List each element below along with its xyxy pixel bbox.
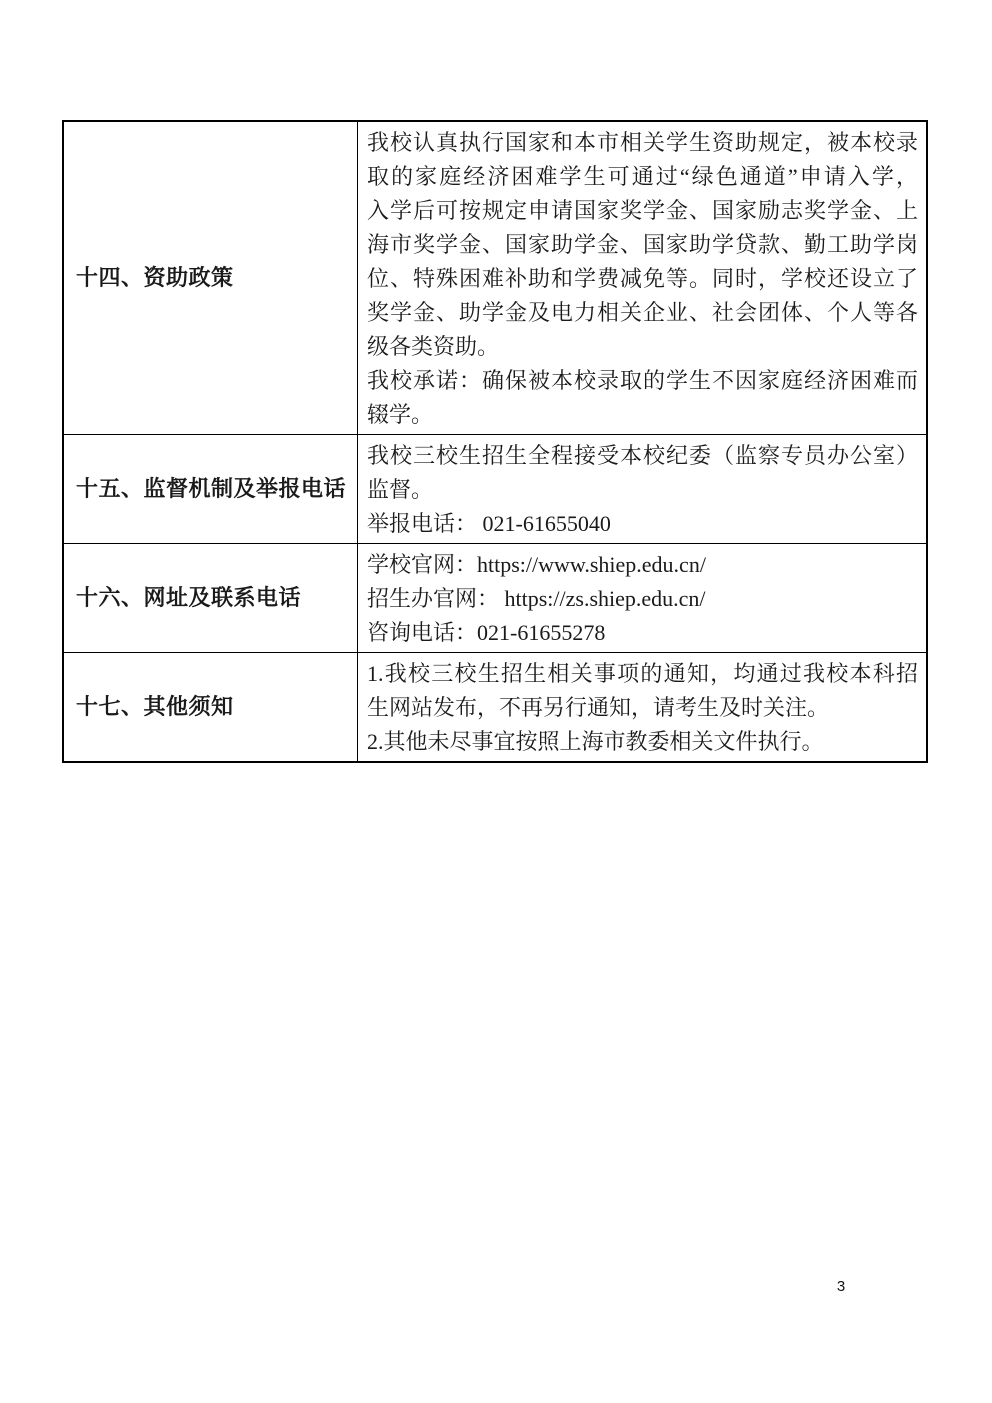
table-row: 十七、其他须知 1.我校三校生招生相关事项的通知，均通过我校本科招 生网站发布，…: [64, 652, 926, 761]
text-line: 生网站发布，不再另行通知，请考生及时关注。: [367, 691, 918, 725]
row-label: 十四、资助政策: [64, 122, 358, 434]
page-number: 3: [826, 1278, 856, 1295]
text-line: 招生办官网： https://zs.shiep.edu.cn/: [367, 582, 918, 616]
row-content: 学校官网：https://www.shiep.edu.cn/ 招生办官网： ht…: [358, 544, 926, 652]
text-line: 位、特殊困难补助和学费减免等。同时，学校还设立了: [367, 262, 918, 296]
text-line: 我校承诺：确保被本校录取的学生不因家庭经济困难而: [367, 364, 918, 398]
text-line: 我校三校生招生全程接受本校纪委（监察专员办公室）: [367, 439, 918, 473]
text-line: 级各类资助。: [367, 330, 918, 364]
text-line: 学校官网：https://www.shiep.edu.cn/: [367, 548, 918, 582]
table-row: 十五、监督机制及举报电话 我校三校生招生全程接受本校纪委（监察专员办公室） 监督…: [64, 434, 926, 543]
text-line: 举报电话： 021-61655040: [367, 507, 918, 541]
document-page: 十四、资助政策 我校认真执行国家和本市相关学生资助规定，被本校录 取的家庭经济困…: [0, 0, 992, 1403]
info-table: 十四、资助政策 我校认真执行国家和本市相关学生资助规定，被本校录 取的家庭经济困…: [62, 120, 928, 763]
text-line: 取的家庭经济困难学生可通过“绿色通道”申请入学，: [367, 160, 918, 194]
text-line: 1.我校三校生招生相关事项的通知，均通过我校本科招: [367, 657, 918, 691]
text-line: 辍学。: [367, 398, 918, 432]
text-line: 入学后可按规定申请国家奖学金、国家励志奖学金、上: [367, 194, 918, 228]
row-content: 我校三校生招生全程接受本校纪委（监察专员办公室） 监督。 举报电话： 021-6…: [358, 435, 926, 543]
text-line: 奖学金、助学金及电力相关企业、社会团体、个人等各: [367, 296, 918, 330]
table-row: 十四、资助政策 我校认真执行国家和本市相关学生资助规定，被本校录 取的家庭经济困…: [64, 122, 926, 434]
row-label: 十五、监督机制及举报电话: [64, 435, 358, 543]
table-row: 十六、网址及联系电话 学校官网：https://www.shiep.edu.cn…: [64, 543, 926, 652]
row-label: 十七、其他须知: [64, 653, 358, 761]
text-line: 海市奖学金、国家助学金、国家助学贷款、勤工助学岗: [367, 228, 918, 262]
row-label: 十六、网址及联系电话: [64, 544, 358, 652]
row-content: 我校认真执行国家和本市相关学生资助规定，被本校录 取的家庭经济困难学生可通过“绿…: [358, 122, 926, 434]
row-content: 1.我校三校生招生相关事项的通知，均通过我校本科招 生网站发布，不再另行通知，请…: [358, 653, 926, 761]
text-line: 2.其他未尽事宜按照上海市教委相关文件执行。: [367, 725, 918, 759]
text-line: 咨询电话：021-61655278: [367, 616, 918, 650]
text-line: 监督。: [367, 473, 918, 507]
text-line: 我校认真执行国家和本市相关学生资助规定，被本校录: [367, 126, 918, 160]
